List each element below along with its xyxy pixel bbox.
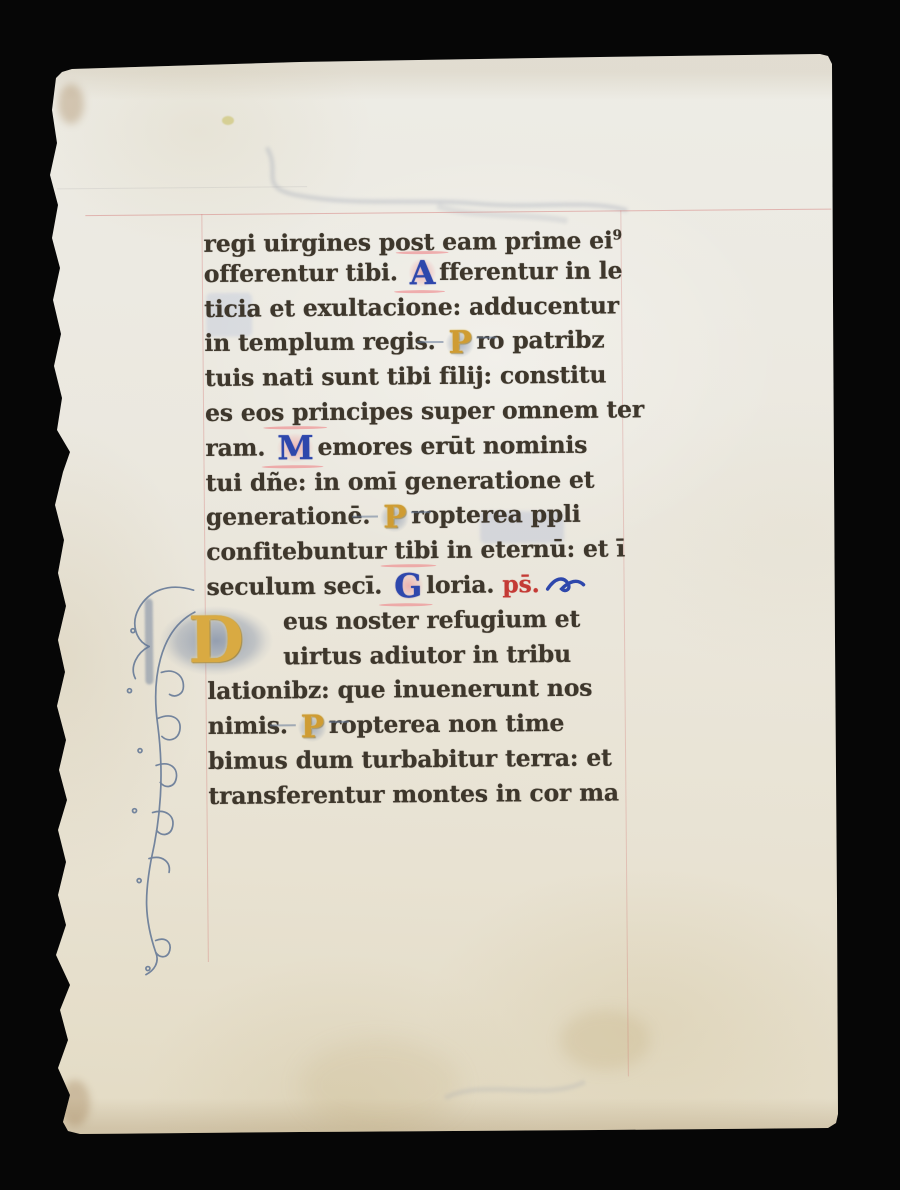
latin-text: offerentur tibi.: [204, 258, 406, 288]
rubric-psalm-abbreviation: ps̄.: [502, 570, 539, 598]
latin-text: ram.: [205, 433, 273, 462]
illuminated-initial-gold: P: [296, 711, 329, 744]
latin-text: in templum regis.: [204, 327, 443, 357]
illuminated-initial-gold: P: [378, 502, 411, 535]
text-line: lationibz: que inuenerunt nos: [207, 671, 627, 709]
latin-text: seculum secī.: [206, 571, 390, 601]
latin-text: eus noster refugium et: [283, 605, 580, 636]
text-line: generationē. Propterea ppli: [206, 497, 626, 535]
photo-stage: regi uirgines post eam prime ei9 offeren…: [0, 0, 900, 1190]
latin-text: ro patribz: [476, 326, 604, 355]
latin-text: ropterea non time: [329, 709, 565, 739]
illuminated-initial-blue: A: [406, 255, 440, 290]
text-line: in templum regis. Pro patribz: [204, 323, 624, 361]
text-line: tuis nati sunt tibi filij: constitu: [205, 358, 625, 396]
manuscript-leaf: regi uirgines post eam prime ei9 offeren…: [0, 0, 900, 1190]
latin-text: ticia et exultacione: adducentur: [204, 291, 619, 323]
show-through-icon: [435, 1057, 596, 1118]
latin-text: transferentur montes in cor ma: [208, 778, 619, 810]
text-line: seculum secī. Gloria. ps̄.: [206, 566, 626, 604]
text-line: Deus noster refugium et: [207, 601, 627, 639]
latin-text: confitebuntur tibi in eternū: et ī: [206, 535, 625, 567]
text-line: ticia et exultacione: adducentur: [204, 288, 624, 326]
latin-text: uirtus adiutor in tribu: [283, 639, 571, 670]
illuminated-initial-blue: M: [273, 430, 318, 465]
text-line: offerentur tibi. Afferentur in le: [204, 253, 624, 291]
latin-text: loria.: [426, 570, 502, 599]
latin-text: fferentur in le: [439, 256, 622, 286]
line-filler-icon: [545, 573, 585, 595]
latin-text: es eos principes super omnem ter: [205, 395, 644, 427]
latin-text: tuis nati sunt tibi filij: constitu: [205, 361, 607, 393]
text-line: ram. Memores erūt nominis: [205, 427, 625, 465]
text-line: nimis. Propterea non time: [208, 706, 628, 744]
latin-text: ropterea ppli: [411, 500, 580, 529]
abbreviation-mark: 9: [613, 227, 622, 243]
text-line: transferentur montes in cor ma: [208, 775, 628, 813]
text-line: uirtus adiutor in tribu: [207, 636, 627, 674]
text-line: es eos principes super omnem ter: [205, 392, 625, 430]
latin-text: tui dñe: in omī generatione et: [206, 465, 595, 496]
illuminated-initial-blue: G: [390, 568, 426, 603]
text-line: tui dñe: in omī generatione et: [206, 462, 626, 500]
text-line: bimus dum turbabitur terra: et: [208, 740, 628, 778]
text-block: regi uirgines post eam prime ei9 offeren…: [203, 218, 628, 813]
leaf-content: regi uirgines post eam prime ei9 offeren…: [0, 0, 900, 1190]
illuminated-initial-gold: P: [443, 327, 476, 360]
latin-text: lationibz: que inuenerunt nos: [207, 674, 592, 705]
latin-text: bimus dum turbabitur terra: et: [208, 743, 612, 775]
latin-text: emores erūt nominis: [317, 430, 587, 460]
